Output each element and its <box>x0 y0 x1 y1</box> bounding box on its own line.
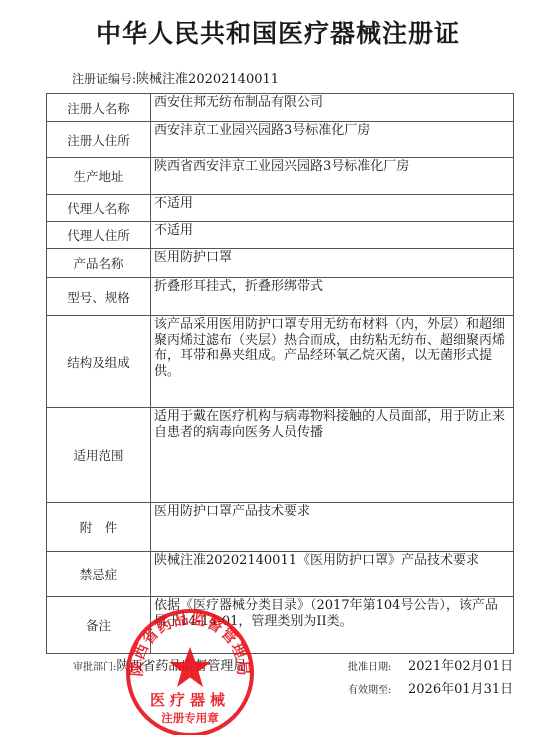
official-seal-icon: 陕西省药品监督管理局 医疗器械 注册专用章 <box>124 607 256 735</box>
row-value: 医用防护口罩 <box>151 249 514 278</box>
table-row: 适用范围适用于戴在医疗机构与病毒物料接触的人员面部，用于防止来自患者的病毒向医务… <box>47 408 514 503</box>
row-label: 注册人住所 <box>47 122 151 158</box>
registration-number-label: 注册证编号: <box>72 72 136 86</box>
row-label: 注册人名称 <box>47 94 151 122</box>
row-value: 西安住邦无纺布制品有限公司 <box>151 94 514 122</box>
table-row: 注册人名称西安住邦无纺布制品有限公司 <box>47 94 514 122</box>
row-label: 禁忌症 <box>47 552 151 597</box>
approval-date-label: 批准日期: <box>348 658 408 673</box>
table-row: 生产地址陕西省西安沣京工业园兴园路3号标准化厂房 <box>47 158 514 195</box>
seal-center-text: 医疗器械 <box>150 691 230 709</box>
approval-date-value: 2021年02月01日 <box>408 659 513 674</box>
registration-number-value: 陕械注准20202140011 <box>136 72 279 87</box>
approval-department-label: 审批部门: <box>73 662 116 673</box>
row-label: 生产地址 <box>47 158 151 195</box>
table-row: 型号、规格折叠形耳挂式，折叠形绑带式 <box>47 278 514 316</box>
row-value: 陕西省西安沣京工业园兴园路3号标准化厂房 <box>151 158 514 195</box>
table-row: 备注依据《医疗器械分类目录》（2017年第104号公告），该产品属于14-14-… <box>47 597 514 654</box>
row-label: 型号、规格 <box>47 278 151 316</box>
row-value: 折叠形耳挂式，折叠形绑带式 <box>151 278 514 316</box>
row-label: 产品名称 <box>47 249 151 278</box>
row-label: 代理人住所 <box>47 222 151 249</box>
row-label: 代理人名称 <box>47 195 151 222</box>
row-value: 陕械注准20202140011《医用防护口罩》产品技术要求 <box>151 552 514 597</box>
seal-bottom-text: 注册专用章 <box>161 711 219 725</box>
row-value: 不适用 <box>151 195 514 222</box>
table-row: 注册人住所西安沣京工业园兴园路3号标准化厂房 <box>47 122 514 158</box>
row-value: 西安沣京工业园兴园路3号标准化厂房 <box>151 122 514 158</box>
row-value: 医用防护口罩产品技术要求 <box>151 503 514 552</box>
table-row: 禁忌症陕械注准20202140011《医用防护口罩》产品技术要求 <box>47 552 514 597</box>
registration-number: 注册证编号:陕械注准20202140011 <box>72 68 279 87</box>
approval-date: 批准日期:2021年02月01日 <box>348 655 513 674</box>
row-label: 附 件 <box>47 503 151 552</box>
table-row: 产品名称医用防护口罩 <box>47 249 514 278</box>
valid-until-label: 有效期至: <box>348 681 408 696</box>
table-row: 附 件医用防护口罩产品技术要求 <box>47 503 514 552</box>
certificate-table: 注册人名称西安住邦无纺布制品有限公司 注册人住所西安沣京工业园兴园路3号标准化厂… <box>46 93 514 654</box>
table-row: 结构及组成该产品采用医用防护口罩专用无纺布材料（内，外层）和超细聚丙烯过滤布（夹… <box>47 316 514 408</box>
table-row: 代理人住所不适用 <box>47 222 514 249</box>
row-value: 不适用 <box>151 222 514 249</box>
row-label: 结构及组成 <box>47 316 151 408</box>
document-title: 中华人民共和国医疗器械注册证 <box>0 14 556 50</box>
row-label: 适用范围 <box>47 408 151 503</box>
valid-until: 有效期至:2026年01月31日 <box>348 678 513 697</box>
table-row: 代理人名称不适用 <box>47 195 514 222</box>
row-value: 该产品采用医用防护口罩专用无纺布材料（内，外层）和超细聚丙烯过滤布（夹层）热合而… <box>151 316 514 408</box>
valid-until-value: 2026年01月31日 <box>408 682 513 697</box>
row-value: 适用于戴在医疗机构与病毒物料接触的人员面部，用于防止来自患者的病毒向医务人员传播 <box>151 408 514 503</box>
